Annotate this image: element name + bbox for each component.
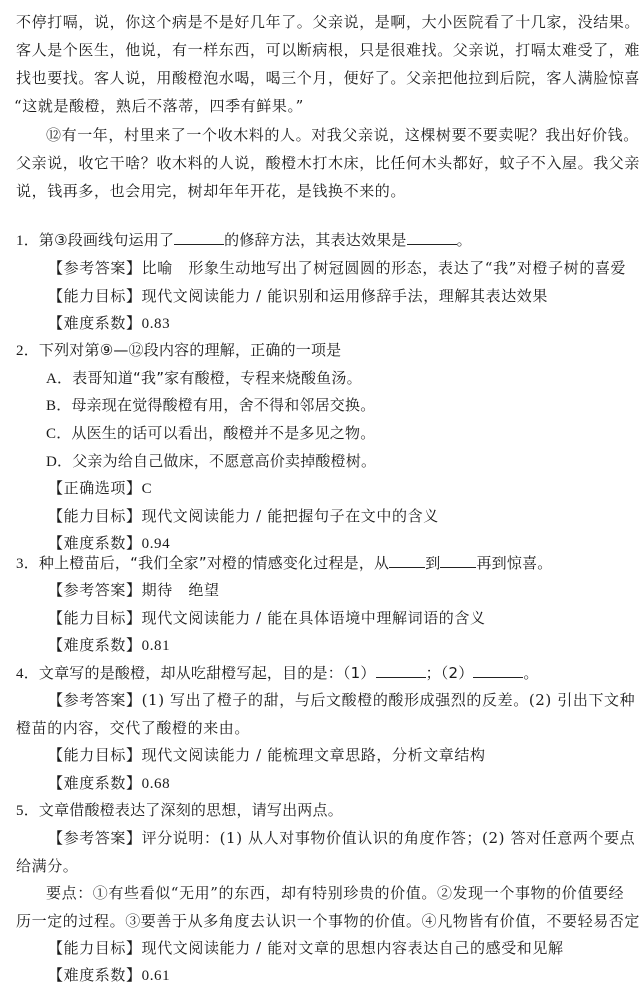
option-a[interactable]: A．表哥知道“我”家有酸橙，专程来烧酸鱼汤。	[46, 368, 362, 389]
difficulty: 【难度系数】0.68	[48, 773, 170, 794]
difficulty: 【难度系数】0.81	[48, 635, 170, 656]
difficulty-label: 【难度系数】	[48, 966, 142, 984]
answer-label: 【参考答案】	[48, 829, 142, 847]
ability-label: 【能力目标】	[48, 746, 142, 764]
answer-blank[interactable]	[473, 663, 523, 678]
option-d[interactable]: D．父亲为给自己做床，不愿意高价卖掉酸橙树。	[46, 451, 376, 472]
difficulty: 【难度系数】0.83	[48, 313, 170, 334]
key-points-cont: 历一定的过程。③要善于从多角度去认识一个事物的价值。④凡物皆有价值，不要轻易否定…	[16, 911, 640, 931]
answer-blank[interactable]	[407, 230, 457, 245]
ability-target: 【能力目标】现代文阅读能力 / 能把握句子在文中的含义	[48, 506, 439, 526]
ability-target: 【能力目标】现代文阅读能力 / 能识别和运用修辞手法，理解其表达效果	[48, 286, 548, 306]
question-stem: 2．下列对第⑨—⑫段内容的理解，正确的一项是	[16, 340, 341, 361]
answer-blank[interactable]	[389, 553, 425, 568]
passage-line: 父亲说，收它干啥？收木料的人说，酸橙木打木床，比任何木头都好，蚊子不入屋。我父亲	[16, 153, 640, 173]
reference-answer-cont: 橙苗的内容，交代了酸橙的来由。	[16, 718, 250, 738]
ability-target: 【能力目标】现代文阅读能力 / 能在具体语境中理解词语的含义	[48, 608, 486, 628]
ability-target: 【能力目标】现代文阅读能力 / 能对文章的思想内容表达自己的感受和见解	[48, 938, 564, 958]
answer-label: 【参考答案】	[48, 581, 142, 599]
passage-line: “这就是酸橙，熟后不落蒂，四季有鲜果。”	[14, 96, 304, 116]
ability-target: 【能力目标】现代文阅读能力 / 能梳理文章思路，分析文章结构	[48, 745, 486, 765]
answer-label: 【参考答案】	[48, 691, 142, 709]
reference-answer: 【参考答案】比喻 形象生动地写出了树冠圆圆的形态，表达了“我”对橙子树的喜爱	[48, 258, 626, 278]
reference-answer-cont: 给满分。	[16, 856, 78, 876]
difficulty-label: 【难度系数】	[48, 774, 142, 792]
difficulty: 【难度系数】0.61	[48, 965, 170, 986]
question-number: 2．	[16, 343, 39, 359]
passage-line: 不停打嗝，说，你这个病是不是好几年了。父亲说，是啊，大小医院看了十几家，没结果。	[16, 12, 640, 32]
passage-line: ⑫有一年，村里来了一个收木料的人。对我父亲说，这棵树要不要卖呢？我出好价钱。	[46, 125, 639, 145]
difficulty-label: 【难度系数】	[48, 534, 142, 552]
question-number: 1．	[16, 233, 39, 249]
answer-blank[interactable]	[174, 230, 224, 245]
ability-label: 【能力目标】	[48, 507, 142, 525]
difficulty: 【难度系数】0.94	[48, 533, 170, 554]
ability-label: 【能力目标】	[48, 939, 142, 957]
ability-label: 【能力目标】	[48, 609, 142, 627]
difficulty-label: 【难度系数】	[48, 636, 142, 654]
answer-blank[interactable]	[440, 553, 476, 568]
answer-blank[interactable]	[376, 663, 426, 678]
ability-label: 【能力目标】	[48, 287, 142, 305]
answer-label: 【参考答案】	[48, 259, 142, 277]
option-c[interactable]: C．从医生的话可以看出，酸橙并不是多见之物。	[46, 423, 375, 444]
passage-line: 说，钱再多，也会用完，树却年年开花，是钱换不来的。	[16, 181, 406, 201]
question-number: 4．	[16, 666, 39, 682]
question-stem: 1．第③段画线句运用了的修辞方法，其表达效果是。	[16, 230, 472, 251]
reference-answer: 【参考答案】评分说明：(1) 从人对事物价值认识的角度作答；(2) 答对任意两个…	[48, 828, 635, 848]
reference-answer: 【参考答案】(1) 写出了橙子的甜，与后文酸橙的酸形成强烈的反差。(2) 引出下…	[48, 690, 635, 710]
question-number: 5．	[16, 803, 39, 819]
passage-line: 找也要找。客人说，用酸橙泡水喝，喝三个月，便好了。父亲把他拉到后院，客人满脸惊喜…	[16, 68, 640, 88]
reference-answer: 【参考答案】期待 绝望	[48, 580, 220, 600]
question-stem: 3．种上橙苗后，“我们全家”对橙的情感变化过程是，从到再到惊喜。	[16, 553, 552, 574]
option-b[interactable]: B．母亲现在觉得酸橙有用，舍不得和邻居交换。	[46, 395, 375, 416]
question-stem: 4．文章写的是酸橙，却从吃甜橙写起，目的是：（1）；（2）。	[16, 663, 539, 684]
correct-label: 【正确选项】	[48, 479, 142, 497]
question-stem: 5．文章借酸橙表达了深刻的思想，请写出两点。	[16, 800, 343, 821]
key-points: 要点：①有些看似“无用”的东西，却有特别珍贵的价值。②发现一个事物的价值要经	[46, 883, 624, 903]
question-number: 3．	[16, 556, 39, 572]
correct-option: 【正确选项】C	[48, 478, 152, 499]
passage-line: 客人是个医生，他说，有一样东西，可以断病根，只是很难找。父亲说，打嗝太难受了，难	[16, 40, 640, 60]
difficulty-label: 【难度系数】	[48, 314, 142, 332]
